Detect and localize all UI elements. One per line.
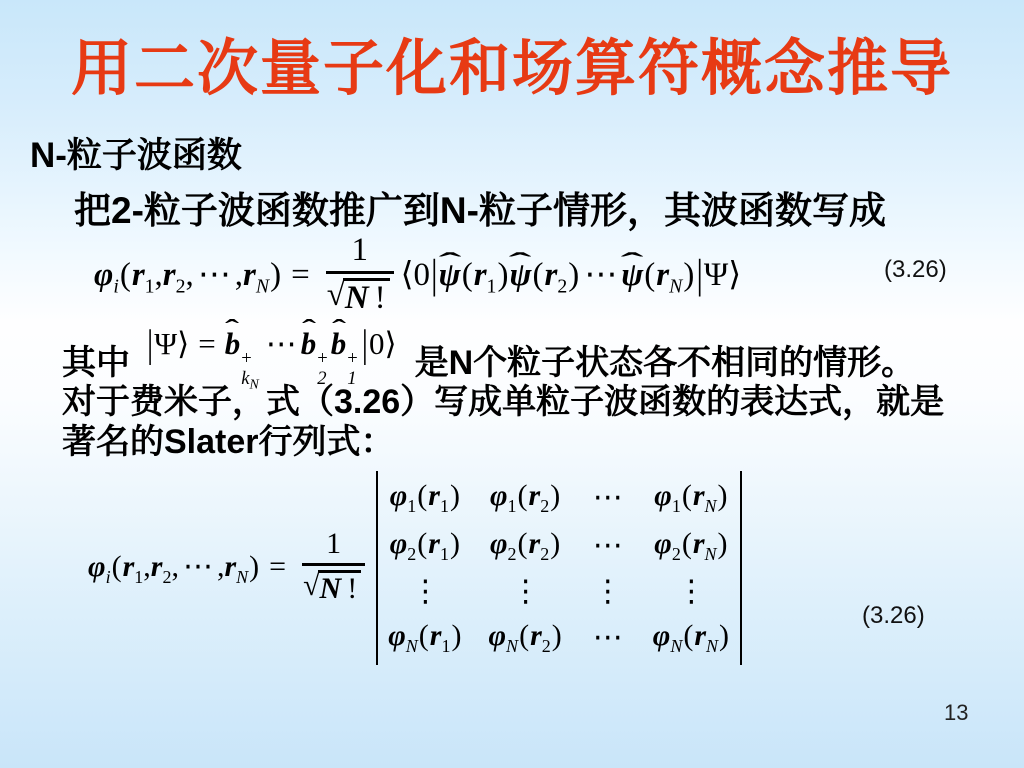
- radicand: N!: [318, 570, 362, 607]
- ket-close: ⟩: [728, 254, 741, 293]
- vector-r: r: [243, 257, 256, 293]
- equation-2: φi(r1,r2,⋯,rN)= 1 √N! φ1(r1) φ1(r2) ⋯ φ1…: [88, 462, 742, 674]
- phi-symbol: φ: [390, 527, 408, 560]
- paragraph-line-2: 著名的Slater行列式：: [62, 422, 944, 462]
- psi-hat-operator: ˆψ: [621, 257, 643, 294]
- paren-open: (: [518, 479, 528, 512]
- phi-symbol: φ: [490, 479, 508, 512]
- determinant-cell-4-2: φN(r2): [488, 619, 562, 657]
- subscript-2: 2: [672, 544, 681, 564]
- presentation-slide: 用二次量子化和场算符概念推导 N-粒子波函数 把2-粒子波函数推广到N-粒子情形…: [0, 0, 1024, 768]
- subscript-1: 1: [145, 275, 155, 297]
- b-hat-operator: ˆb: [331, 326, 347, 362]
- subscript-i: i: [113, 275, 119, 297]
- vector-r: r: [430, 619, 442, 652]
- vector-r: r: [693, 479, 705, 512]
- subscript-1: 1: [134, 567, 143, 587]
- equation-2-lhs: φi(r1,r2,⋯,rN)=: [88, 549, 295, 588]
- subscript-2: 2: [540, 496, 549, 516]
- vertical-bar: |: [146, 322, 154, 367]
- subscript-N: N: [406, 636, 418, 656]
- b-hat-operator: ˆb: [225, 326, 241, 362]
- determinant-cell-2-3: ⋯: [593, 529, 623, 564]
- subscript-2: 2: [542, 636, 551, 656]
- cdots: ⋯: [183, 549, 213, 584]
- denominator: √N!: [326, 271, 394, 318]
- subscript-N: N: [236, 567, 248, 587]
- subscript-1: 1: [440, 544, 449, 564]
- determinant-cell-2-2: φ2(r2): [490, 527, 561, 565]
- cdots: ⋯: [198, 254, 231, 293]
- comma: ,: [143, 550, 151, 583]
- paren-open: (: [683, 619, 693, 652]
- subscript-2: 2: [508, 544, 517, 564]
- factorial-sign: !: [375, 280, 386, 316]
- paren-close: ): [450, 527, 460, 560]
- zero: 0: [369, 326, 385, 361]
- fermion-paragraph: 对于费米子，式（3.26）写成单粒子波函数的表达式，就是 著名的Slater行列…: [62, 382, 944, 462]
- vector-r: r: [694, 619, 706, 652]
- radicand: N!: [343, 278, 390, 318]
- determinant-cell-3-1: ⋮: [410, 575, 440, 610]
- comma: ,: [186, 257, 194, 293]
- equation-label-2: (3.26): [862, 602, 925, 630]
- vector-r: r: [428, 479, 440, 512]
- paren-close: ): [568, 257, 579, 293]
- hat-accent: ˆ: [509, 249, 532, 275]
- plus-superscript: +: [317, 349, 328, 369]
- paren-open: (: [518, 527, 528, 560]
- paren-close: ): [550, 527, 560, 560]
- equals-sign: =: [269, 550, 286, 583]
- determinant-cell-4-4: φN(rN): [653, 619, 730, 657]
- plus-superscript: +: [241, 349, 252, 369]
- hat-accent: ˆ: [301, 318, 315, 343]
- subscript-N: N: [669, 275, 682, 297]
- subscript-1: 1: [407, 496, 416, 516]
- determinant-cell-4-3: ⋯: [593, 621, 623, 656]
- vector-r: r: [428, 527, 440, 560]
- paren-open: (: [462, 257, 473, 293]
- psi-hat-operator: ˆψ: [439, 257, 461, 294]
- determinant-cell-4-1: φN(r1): [388, 619, 462, 657]
- vertical-bar: |: [361, 322, 369, 367]
- phi-symbol: φ: [490, 527, 508, 560]
- paren-close: ): [270, 257, 281, 293]
- determinant-cell-2-1: φ2(r1): [390, 527, 461, 565]
- Psi-symbol: Ψ: [154, 326, 177, 361]
- N-symbol: N: [320, 572, 342, 605]
- paren-open: (: [112, 550, 122, 583]
- equation-1-rhs: ⟨0|ˆψ(r1)ˆψ(r2)⋯ˆψ(rN)|Ψ⟩: [401, 254, 741, 299]
- subscript-1: 1: [440, 496, 449, 516]
- N-symbol: N: [345, 280, 369, 316]
- paren-open: (: [419, 619, 429, 652]
- determinant-cell-3-2: ⋮: [511, 575, 541, 610]
- subscript-1: 1: [508, 496, 517, 516]
- determinant-cell-3-4: ⋮: [676, 575, 706, 610]
- subscript-N: N: [256, 275, 269, 297]
- paren-open: (: [519, 619, 529, 652]
- paren-close: ): [683, 257, 694, 293]
- phi-symbol: φ: [488, 619, 506, 652]
- vector-r: r: [529, 527, 541, 560]
- paren-open: (: [120, 257, 131, 293]
- subscript-N: N: [706, 636, 718, 656]
- paren-close: ): [719, 619, 729, 652]
- vector-r: r: [151, 550, 163, 583]
- subscript-N: N: [506, 636, 518, 656]
- Psi-symbol: Ψ: [704, 257, 728, 293]
- phi-symbol: φ: [94, 257, 113, 293]
- determinant-cell-2-4: φ2(rN): [654, 527, 728, 565]
- vertical-bar: |: [695, 252, 704, 298]
- hat-accent: ˆ: [225, 318, 239, 343]
- vector-r: r: [529, 479, 541, 512]
- paren-close: ): [718, 479, 728, 512]
- fraction-one-over-sqrt-N-factorial: 1 √N!: [326, 234, 394, 318]
- hat-accent: ˆ: [331, 318, 345, 343]
- paren-open: (: [644, 257, 655, 293]
- vector-r: r: [163, 257, 176, 293]
- phi-symbol: φ: [654, 479, 672, 512]
- equation-label-1: (3.26): [884, 256, 947, 284]
- zero: 0: [414, 257, 431, 293]
- vector-r: r: [530, 619, 542, 652]
- b-hat-operator: ˆb: [301, 326, 317, 362]
- paragraph-line-1: 对于费米子，式（3.26）写成单粒子波函数的表达式，就是: [62, 382, 944, 422]
- paren-open: (: [417, 479, 427, 512]
- numerator: 1: [326, 529, 341, 563]
- paren-open: (: [532, 257, 543, 293]
- subscript-2: 2: [407, 544, 416, 564]
- cdots: ⋯: [584, 254, 617, 293]
- equation-1: φi(r1,r2,⋯,rN)= 1 √N! ⟨0|ˆψ(r1)ˆψ(r2)⋯ˆψ…: [94, 230, 741, 322]
- vector-r: r: [693, 527, 705, 560]
- page-number: 13: [944, 700, 968, 726]
- determinant-cell-1-2: φ1(r2): [490, 479, 561, 517]
- comma: ,: [155, 257, 163, 293]
- equation-1-lhs: φi(r1,r2,⋯,rN)=: [94, 254, 319, 299]
- subscript-N: N: [705, 544, 717, 564]
- numerator: 1: [351, 234, 368, 271]
- vector-r: r: [474, 257, 487, 293]
- subscript-1: 1: [487, 275, 497, 297]
- ket-close: ⟩: [177, 326, 189, 362]
- subscript-1: 1: [672, 496, 681, 516]
- intro-text: 把2-粒子波函数推广到N-粒子情形，其波函数写成: [74, 180, 886, 234]
- vector-r: r: [224, 550, 236, 583]
- bra-open: ⟨: [401, 254, 414, 293]
- hat-accent: ˆ: [438, 249, 461, 275]
- determinant-cell-1-3: ⋯: [593, 481, 623, 516]
- ket-close: ⟩: [384, 326, 396, 362]
- vector-r: r: [544, 257, 557, 293]
- plus-superscript: +: [347, 349, 358, 369]
- phi-symbol: φ: [88, 550, 106, 583]
- subscript-N: N: [670, 636, 682, 656]
- paren-close: ): [451, 619, 461, 652]
- section-heading: N-粒子波函数: [30, 128, 242, 178]
- determinant-cell-1-1: φ1(r1): [390, 479, 461, 517]
- slide-title: 用二次量子化和场算符概念推导: [0, 20, 1024, 107]
- subscript-2: 2: [557, 275, 567, 297]
- factorial-sign: !: [347, 572, 357, 605]
- denominator: √N!: [302, 563, 365, 607]
- hat-accent: ˆ: [621, 249, 644, 275]
- cdots: ⋯: [266, 326, 297, 362]
- determinant-cell-1-4: φ1(rN): [654, 479, 728, 517]
- subscript-2: 2: [540, 544, 549, 564]
- paren-close: ): [450, 479, 460, 512]
- vector-r: r: [132, 257, 145, 293]
- subscript-N: N: [705, 496, 717, 516]
- where-prefix: 其中: [62, 335, 130, 384]
- slater-determinant: φ1(r1) φ1(r2) ⋯ φ1(rN) φ2(r1) φ2(r2) ⋯ φ…: [376, 471, 742, 665]
- determinant-cell-3-3: ⋮: [593, 575, 623, 610]
- subscript-2: 2: [176, 275, 186, 297]
- vector-r: r: [656, 257, 669, 293]
- fraction-one-over-sqrt-N-factorial: 1 √N!: [302, 529, 365, 607]
- psi-hat-operator: ˆψ: [509, 257, 531, 294]
- vertical-bar: |: [430, 252, 439, 298]
- vector-r: r: [123, 550, 135, 583]
- subscript-1: 1: [441, 636, 450, 656]
- paren-open: (: [417, 527, 427, 560]
- paren-close: ): [550, 479, 560, 512]
- paren-open: (: [682, 479, 692, 512]
- paren-close: ): [718, 527, 728, 560]
- phi-symbol: φ: [390, 479, 408, 512]
- phi-symbol: φ: [653, 619, 671, 652]
- paren-open: (: [682, 527, 692, 560]
- phi-symbol: φ: [654, 527, 672, 560]
- comma: ,: [171, 550, 179, 583]
- comma: ,: [235, 257, 243, 293]
- paren-close: ): [497, 257, 508, 293]
- equals-sign: =: [291, 257, 310, 293]
- phi-symbol: φ: [388, 619, 406, 652]
- paren-close: ): [249, 550, 259, 583]
- equals-sign: =: [198, 326, 215, 361]
- paren-close: ): [552, 619, 562, 652]
- subscript-i: i: [106, 567, 111, 587]
- where-suffix: 是N个粒子状态各不相同的情形。: [415, 335, 916, 384]
